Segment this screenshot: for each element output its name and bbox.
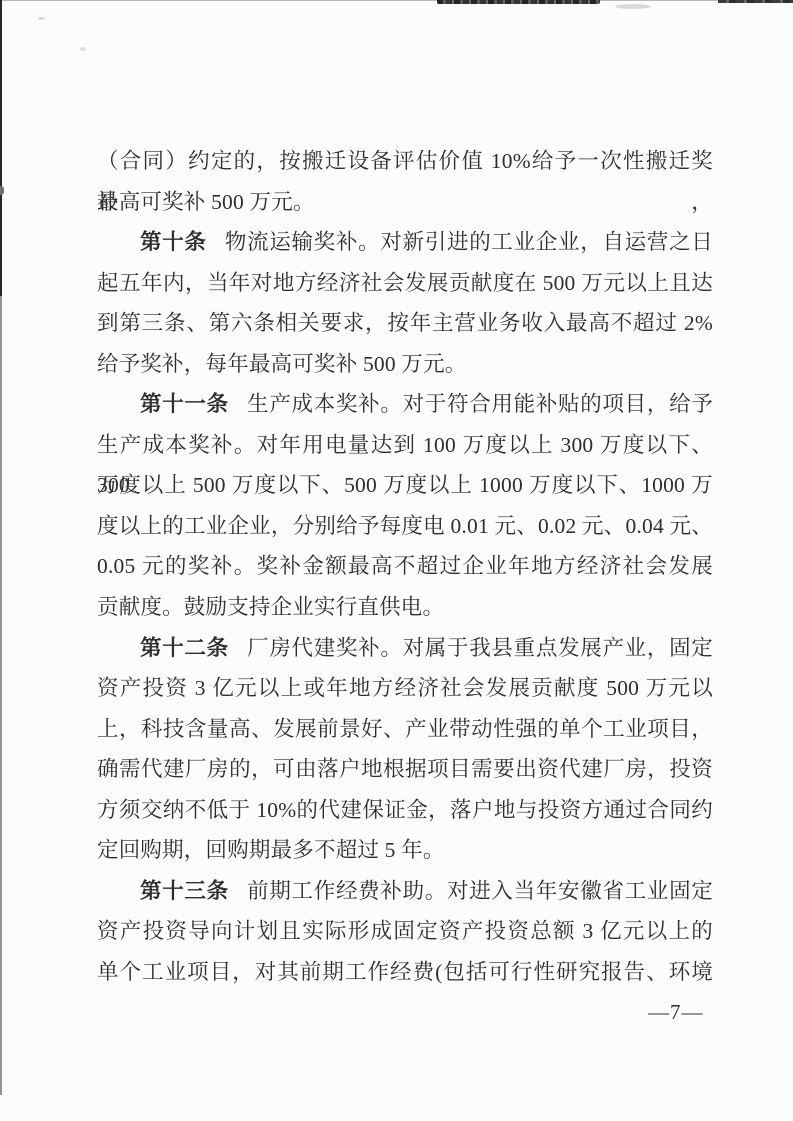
text-line: 贡献度。鼓励支持企业实行直供电。 (97, 587, 713, 628)
article-number: 第十三条 (140, 879, 229, 903)
text-line: 确需代建厂房的，可由落户地根据项目需要出资代建厂房，投资 (97, 749, 713, 790)
scan-artifact-speck (38, 17, 45, 20)
article-number: 第十一条 (140, 392, 229, 416)
text-line: 第十三条前期工作经费补助。对进入当年安徽省工业固定 (97, 871, 713, 912)
text-line: 单个工业项目，对其前期工作经费(包括可行性研究报告、环境 (97, 952, 713, 993)
text-line: 给予奖补，每年最高可奖补 500 万元。 (97, 344, 713, 385)
document-body: （合同）约定的，按搬迁设备评估价值 10%给予一次性搬迁奖补，最高可奖补 500… (97, 141, 713, 992)
text-line: 第十一条生产成本奖补。对于符合用能补贴的项目，给予 (97, 384, 713, 425)
text-line: 0.05 元的奖补。奖补金额最高不超过企业年地方经济社会发展 (97, 546, 713, 587)
text-line: 定回购期，回购期最多不超过 5 年。 (97, 830, 713, 871)
text-line: 生产成本奖补。对年用电量达到 100 万度以上 300 万度以下、300 (97, 425, 713, 466)
scan-artifact-left-edge-dark (0, 0, 2, 296)
text-line: 方须交纳不低于 10%的代建保证金，落户地与投资方通过合同约 (97, 790, 713, 831)
scan-artifact-top-dark-band (437, 0, 600, 4)
scan-artifact-top-hairline (0, 0, 793, 1)
scan-artifact-left-speck (0, 186, 4, 195)
text-line: 上，科技含量高、发展前景好、产业带动性强的单个工业项目， (97, 709, 713, 750)
scan-artifact-speck (80, 47, 86, 51)
text-line: 第十条物流运输奖补。对新引进的工业企业，自运营之日 (97, 222, 713, 263)
article-number: 第十条 (140, 230, 207, 254)
text-line: 起五年内，当年对地方经济社会发展贡献度在 500 万元以上且达 (97, 263, 713, 304)
text-line: 资产投资导向计划且实际形成固定资产投资总额 3 亿元以上的 (97, 911, 713, 952)
scanned-document-page: （合同）约定的，按搬迁设备评估价值 10%给予一次性搬迁奖补，最高可奖补 500… (0, 0, 793, 1121)
text-line: 度以上的工业企业，分别给予每度电 0.01 元、0.02 元、0.04 元、 (97, 506, 713, 547)
page-number: —7— (648, 1000, 704, 1025)
scan-artifact-top-right-band (718, 0, 793, 3)
scan-artifact-left-edge-gray (0, 296, 2, 1095)
text-line: 到第三条、第六条相关要求，按年主营业务收入最高不超过 2% (97, 303, 713, 344)
text-line: 万度以上 500 万度以下、500 万度以上 1000 万度以下、1000 万 (97, 465, 713, 506)
scan-artifact-smudge (615, 4, 651, 9)
article-number: 第十二条 (140, 636, 229, 660)
text-line: 资产投资 3 亿元以上或年地方经济社会发展贡献度 500 万元以 (97, 668, 713, 709)
text-line: （合同）约定的，按搬迁设备评估价值 10%给予一次性搬迁奖补， (97, 141, 713, 182)
text-line: 第十二条厂房代建奖补。对属于我县重点发展产业，固定 (97, 628, 713, 669)
